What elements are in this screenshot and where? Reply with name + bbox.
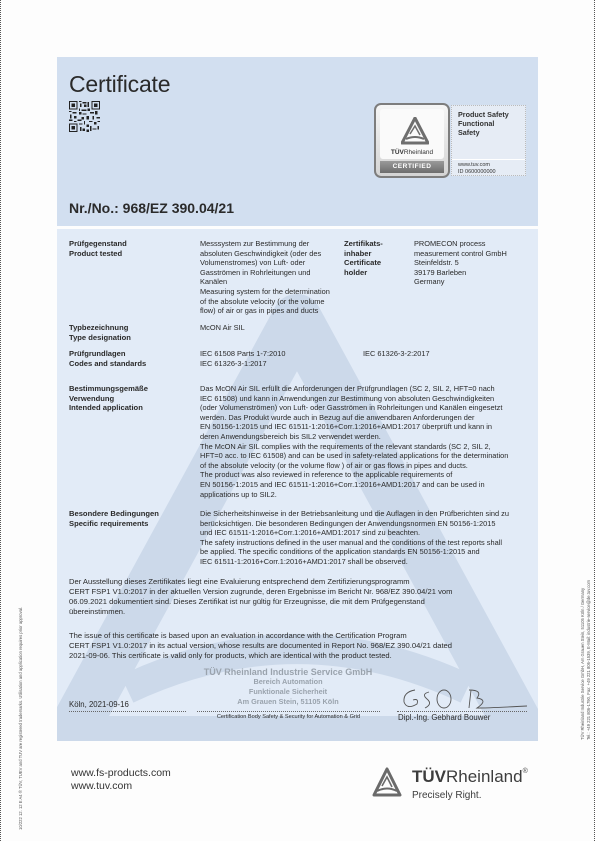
intended-application-value: Das McON Air SIL erfüllt die Anforderung…: [200, 384, 535, 499]
certification-scope-panel: Product Safety Functional Safety www.tuv…: [451, 105, 526, 176]
contact-note: TÜV Rheinland Industrie Service GmbH, Am…: [580, 580, 592, 740]
codes-standards-values: IEC 61508 Parts 1-7:2010 IEC 61326-3-1:2…: [200, 349, 285, 368]
product-tested-value: Messsystem zur Bestimmung der absoluten …: [200, 239, 350, 316]
specific-requirements-label: Besondere Bedingungen Specific requireme…: [69, 509, 159, 528]
certificate-number: Nr./No.: 968/EZ 390.04/21: [69, 200, 234, 216]
product-tested-label: Prüfgegenstand Product tested: [69, 239, 127, 258]
badge-brand: TÜVRheinland: [380, 149, 444, 156]
codes-standards-value-extra: IEC 61326-3-2:2017: [363, 349, 430, 359]
certified-label: CERTIFIED: [380, 161, 444, 173]
page-edge-left: [0, 0, 1, 841]
company-stamp: TÜV Rheinland Industrie Service GmbH Ber…: [193, 667, 383, 707]
fs-products-link[interactable]: www.fs-products.com: [71, 767, 171, 780]
intended-application-label: Bestimmungsgemäße Verwendung Intended ap…: [69, 384, 148, 413]
certificate-body: Prüfgegenstand Product tested Messsystem…: [57, 229, 538, 741]
certificate-holder-label: Zertifikats- inhaber Certificate holder: [344, 239, 383, 277]
tuv-rheinland-logo: TÜVRheinland® Precisely Right.: [372, 765, 547, 810]
signatory-name: Dipl.-Ing. Gebhard Bouwer: [398, 713, 490, 722]
qr-code-icon: [69, 101, 100, 132]
footer-links: www.fs-products.com www.tuv.com: [71, 767, 171, 793]
handwritten-signature-icon: [399, 684, 529, 712]
type-designation-value: McON Air SIL: [200, 323, 245, 333]
footer-brand: TÜVRheinland®: [412, 767, 528, 787]
certified-badge: TÜVRheinland CERTIFIED: [374, 103, 450, 178]
certificate-holder-value: PROMECON process measurement control Gmb…: [414, 239, 507, 287]
footer-tagline: Precisely Right.: [412, 790, 481, 801]
tuv-triangle-logo-icon: [401, 117, 429, 145]
certification-body: Certification Body Safety & Security for…: [197, 714, 380, 720]
specific-requirements-value: Die Sicherheitshinweise in der Betriebsa…: [200, 509, 535, 567]
tuv-link[interactable]: www.tuv.com: [71, 780, 171, 793]
statement-english: The issue of this certificate is based u…: [69, 631, 529, 661]
tuv-triangle-logo-icon: [372, 767, 402, 797]
place-date: Köln, 2021-09-16: [69, 700, 129, 709]
type-designation-label: Typbezeichnung Type designation: [69, 323, 131, 342]
codes-standards-label: Prüfgrundlagen Codes and standards: [69, 349, 146, 368]
certification-scope: Product Safety Functional Safety: [458, 110, 509, 137]
statement-german: Der Ausstellung dieses Zertifikates lieg…: [69, 577, 529, 617]
tuv-certification-mark: TÜVRheinland CERTIFIED Product Safety Fu…: [374, 103, 526, 178]
certification-id: www.tuv.com ID 0600000000: [458, 162, 496, 175]
page-title: Certificate: [69, 71, 170, 98]
certificate-header: Certificate TÜVRheinland: [57, 57, 538, 226]
trademark-note: 10/222 12. 12 E A4 ® TÜV, TUEV and TUV a…: [18, 607, 23, 830]
